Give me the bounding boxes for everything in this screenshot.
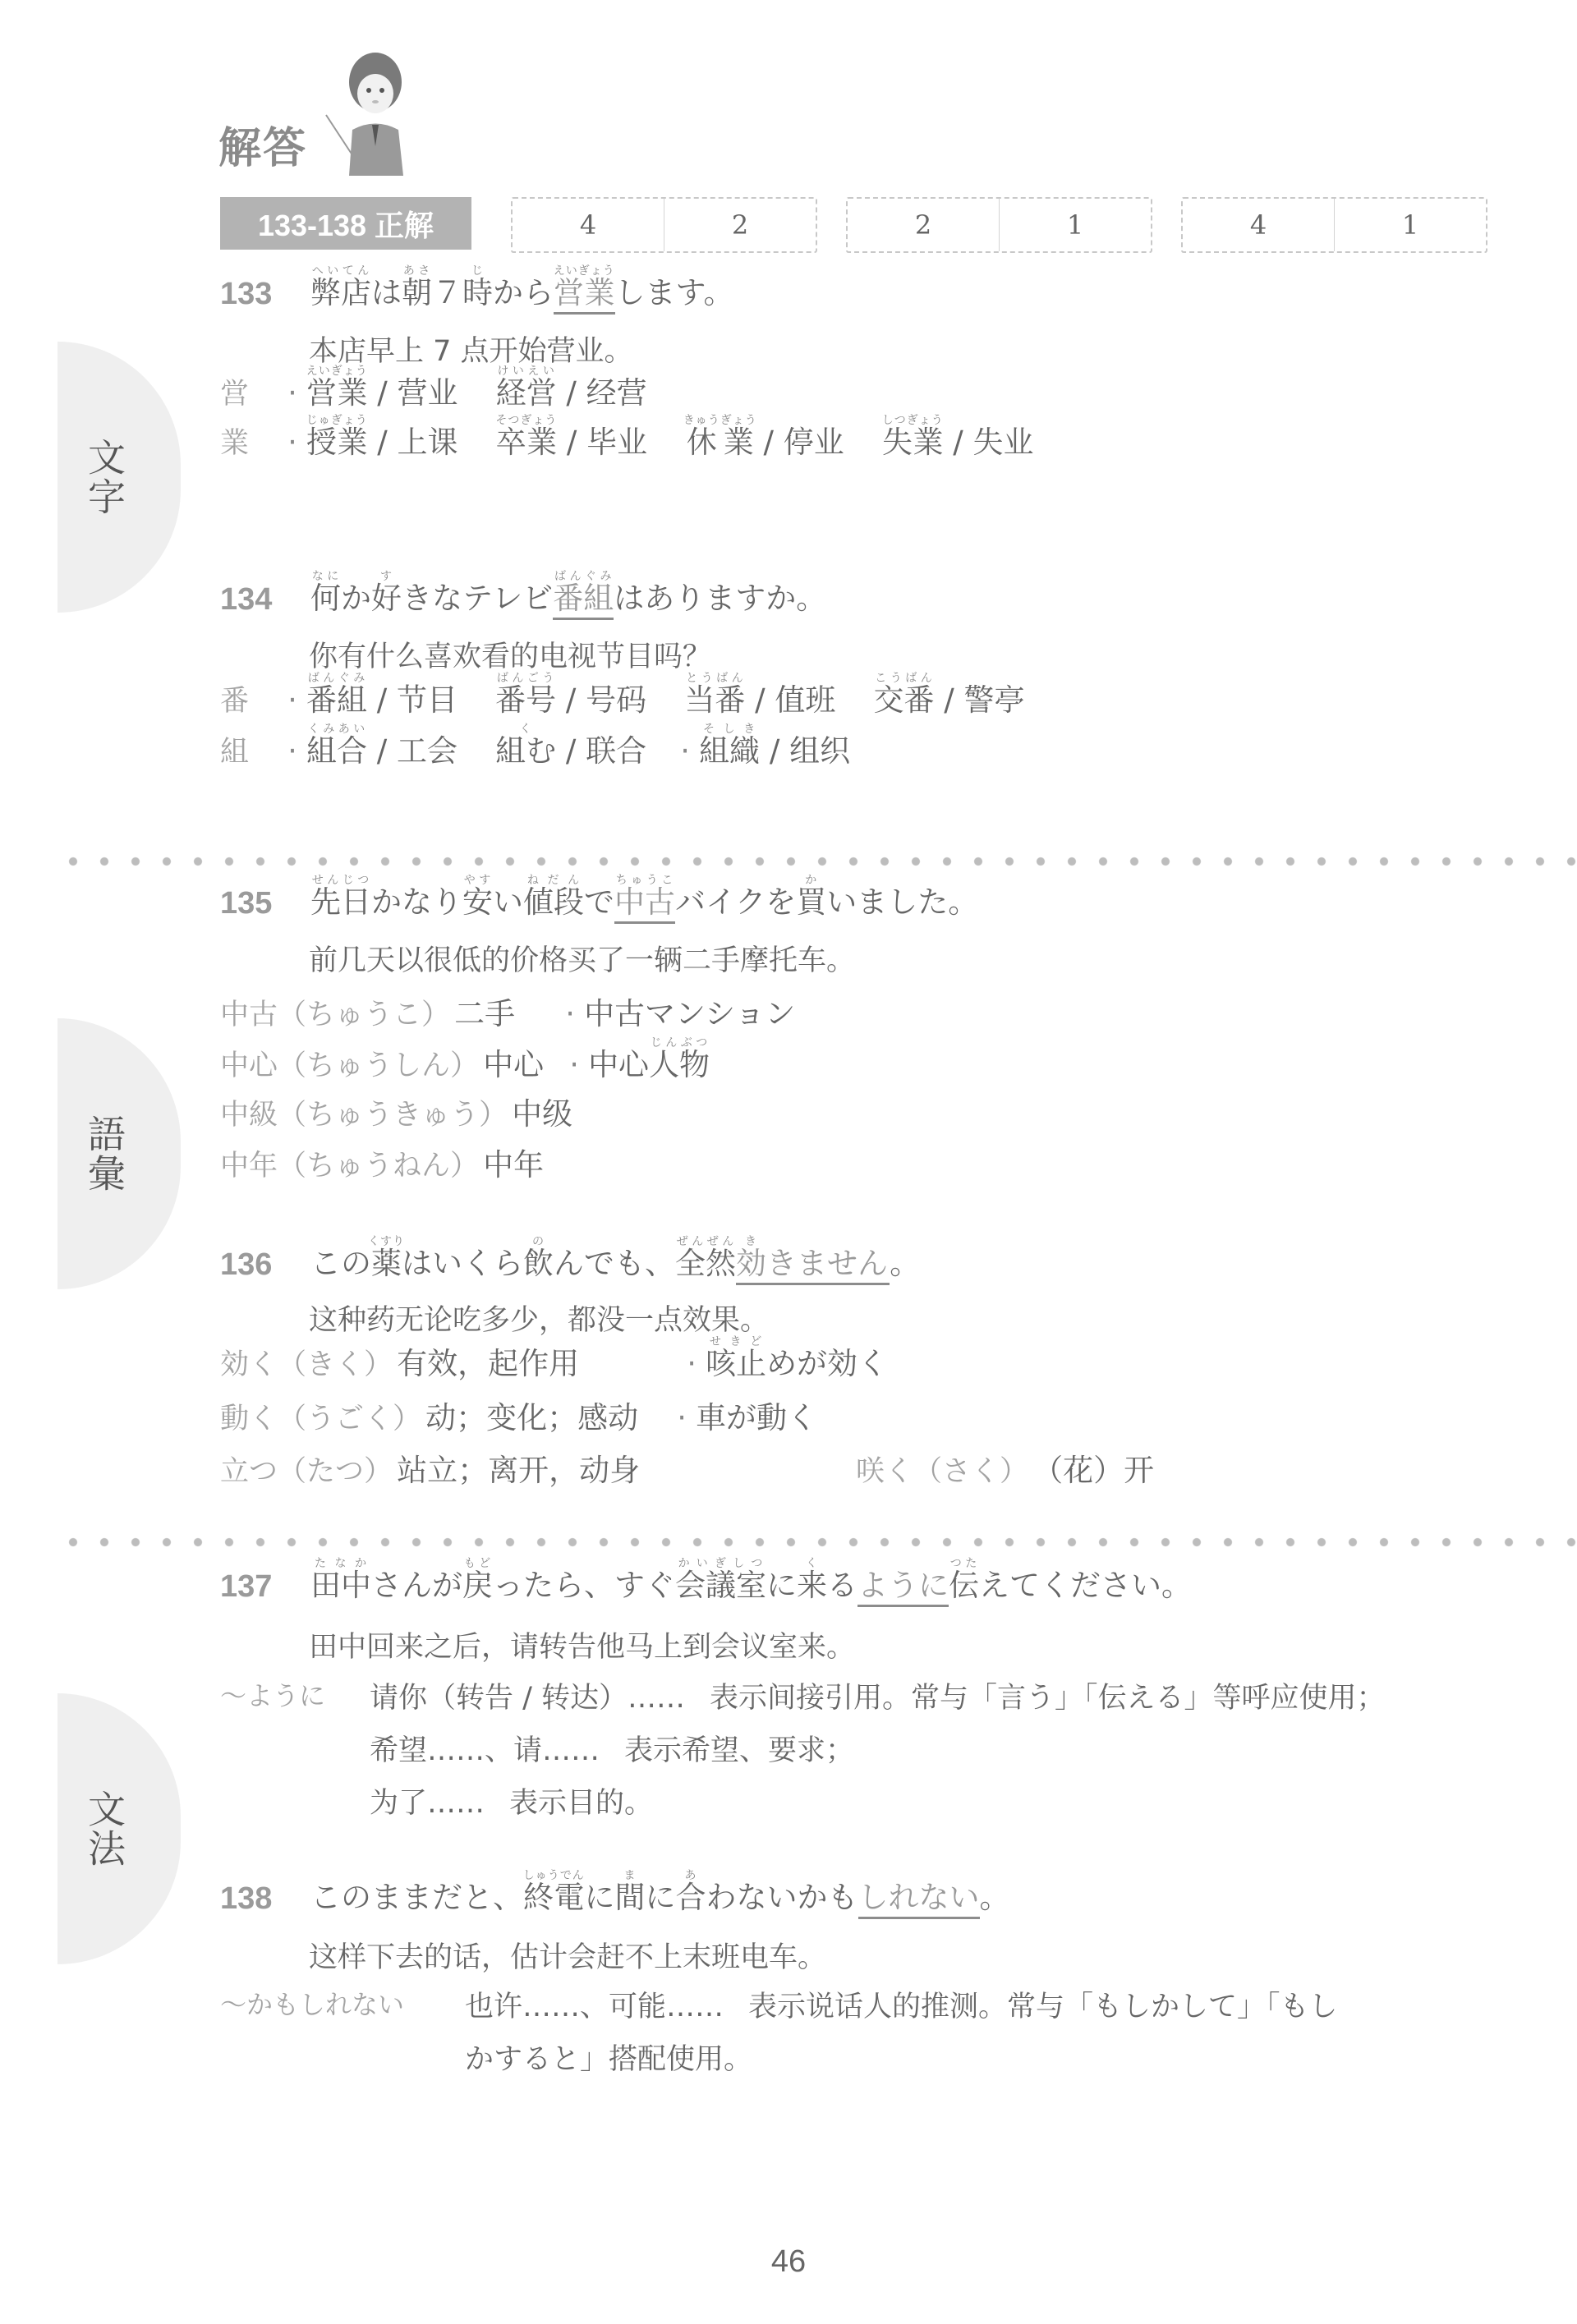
vocab-row: 中心（ちゅうしん） 中心 · 中心人物じんぶつ — [220, 1036, 710, 1084]
side-tab-label: 語彙 — [77, 1114, 131, 1193]
grammar-line: 希望……、请……表示希望、要求； — [370, 1728, 854, 1769]
answer-137: 4 — [1183, 199, 1334, 251]
teacher-girl-icon — [324, 39, 423, 177]
vocab-row: 中古（ちゅうこ） 二手 · 中古マンション — [220, 989, 795, 1033]
section-divider — [57, 1537, 1577, 1547]
translation: 田中回来之后，请转告他马上到会议室来。 — [309, 1624, 855, 1665]
question-number: 135 — [220, 886, 297, 921]
answer-136: 1 — [999, 199, 1151, 251]
side-tab-bunpou: 文法 — [57, 1693, 181, 1964]
vocab-row: 営 · 営業えいぎょう / 营业 経営けいえい / 经营 — [220, 365, 647, 412]
question-134: 134 何なにか好すきなテレビ番組ばんぐみはありますか。 — [220, 570, 826, 618]
grammar-line: 也许……、可能……表示说话人的推测。常与「もしかして」「もし — [465, 1984, 1338, 2025]
question-136: 136 この薬くすりはいくら飲のんでも、全然ぜんぜん効ききません。 — [220, 1235, 920, 1283]
answer-135: 2 — [848, 199, 999, 251]
grammar-row: ～かもしれない — [220, 1984, 404, 2022]
vocab-row: 中級（ちゅうきゅう） 中级 — [220, 1089, 572, 1133]
translation: 你有什么喜欢看的电视节目吗？ — [309, 634, 711, 675]
side-tab-label: 文法 — [77, 1789, 131, 1868]
answer-138: 1 — [1334, 199, 1486, 251]
vocab-row: 効く（きく） 有效，起作用 · 咳止せきどめが効く — [220, 1335, 888, 1383]
question-135: 135 先日せんじつかなり安やすい値段ねだんで中古ちゅうこバイクを買かいました。 — [220, 874, 978, 921]
translation: 本店早上 7 点开始营业。 — [309, 328, 633, 370]
grammar-line: かすると」搭配使用。 — [465, 2037, 752, 2078]
grammar-line: 为了……表示目的。 — [370, 1780, 653, 1821]
grammar-line: 请你（转告 / 转达）……表示间接引用。常与「言う」「伝える」等呼应使用； — [370, 1675, 1386, 1716]
question-133: 133 弊店へいてんは朝あさ７時じから営業えいぎょうします。 — [220, 264, 734, 312]
question-sentence: この薬くすりはいくら飲のんでも、全然ぜんぜん効ききません。 — [310, 1235, 920, 1283]
question-number: 134 — [220, 582, 297, 618]
underlined-target: ように — [857, 1568, 949, 1607]
underlined-target: 中古ちゅうこ — [614, 884, 675, 924]
question-137: 137 田中たなかさんが戻もどったら、すぐ会議室かいぎしつに来くるように伝つたえ… — [220, 1557, 1192, 1605]
question-number: 137 — [220, 1569, 297, 1605]
answer-134: 2 — [664, 199, 816, 251]
question-number: 138 — [220, 1881, 297, 1917]
question-sentence: 弊店へいてんは朝あさ７時じから営業えいぎょうします。 — [310, 264, 734, 312]
underlined-target: 番組ばんぐみ — [553, 581, 614, 620]
vocab-row: 組 · 組合くみあい / 工会 組むく / 联合 · 組織そしき / 组织 — [220, 723, 850, 770]
side-tab-goi: 語彙 — [57, 1018, 181, 1289]
side-tab-moji: 文字 — [57, 342, 181, 613]
answer-133: 4 — [513, 199, 664, 251]
question-sentence: 田中たなかさんが戻もどったら、すぐ会議室かいぎしつに来くるように伝つたえてくださ… — [310, 1557, 1192, 1605]
vocab-row: 業 · 授業じゅぎょう / 上课 卒業そつぎょう / 毕业 休業きゅうぎょう /… — [220, 414, 1033, 462]
question-sentence: 何なにか好すきなテレビ番組ばんぐみはありますか。 — [310, 570, 826, 618]
vocab-row: 動く（うごく） 动；变化；感动 · 車が動く — [220, 1393, 817, 1437]
question-number: 133 — [220, 277, 297, 312]
vocab-row: 中年（ちゅうねん） 中年 — [220, 1140, 544, 1184]
vocab-row: 番 · 番組ばんぐみ / 节目 番号ばんごう / 号码 当番とうばん / 值班 … — [220, 672, 1025, 719]
answer-range-label: 133-138 正解 — [220, 197, 471, 250]
question-sentence: 先日せんじつかなり安やすい値段ねだんで中古ちゅうこバイクを買かいました。 — [310, 874, 978, 921]
question-number: 136 — [220, 1247, 297, 1283]
page-number: 46 — [0, 2244, 1577, 2280]
answer-group-1: 4 2 — [511, 197, 817, 253]
section-divider — [57, 857, 1577, 866]
grammar-row: ～ように — [220, 1675, 325, 1713]
question-sentence: このままだと、終電しゅうでんに間まに合あわないかもしれない。 — [310, 1869, 1010, 1917]
vocab-row: 立つ（たつ） 站立；离开，动身 — [220, 1445, 640, 1490]
translation: 这样下去的话，估计会赶不上末班电车。 — [309, 1935, 826, 1976]
translation: 这种药无论吃多少，都没一点效果。 — [309, 1297, 769, 1339]
answer-group-3: 4 1 — [1181, 197, 1487, 253]
underlined-target: しれない — [858, 1880, 980, 1919]
side-tab-label: 文字 — [77, 438, 131, 517]
question-138: 138 このままだと、終電しゅうでんに間まに合あわないかもしれない。 — [220, 1869, 1010, 1917]
underlined-target: 営業えいぎょう — [554, 275, 615, 315]
vocab-row-extra: 咲く（さく） （花）开 — [856, 1445, 1154, 1490]
translation: 前几天以很低的价格买了一辆二手摩托车。 — [309, 938, 855, 979]
answer-group-2: 2 1 — [846, 197, 1152, 253]
underlined-target: 効ききません — [736, 1246, 890, 1285]
answer-heading: 解答 — [218, 113, 307, 175]
